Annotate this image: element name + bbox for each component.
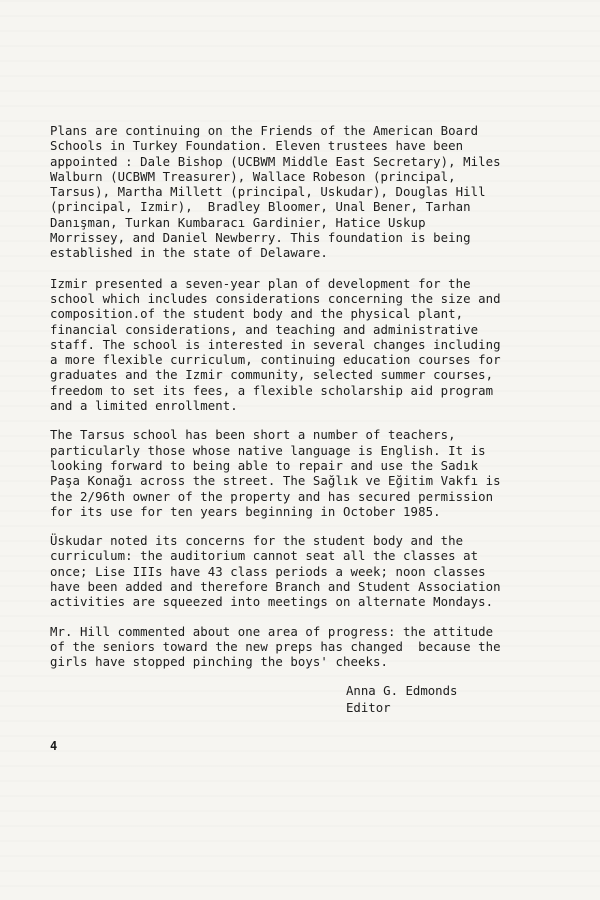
paragraph-izmir: Izmir presented a seven-year plan of dev… xyxy=(50,277,590,415)
text-line: a more flexible curriculum, continuing e… xyxy=(50,353,590,368)
text-line: once; Lise IIIs have 43 class periods a … xyxy=(50,565,590,580)
text-line: activities are squeezed into meetings on… xyxy=(50,595,590,610)
text-line: curriculum: the auditorium cannot seat a… xyxy=(50,549,590,564)
text-line: Walburn (UCBWM Treasurer), Wallace Robes… xyxy=(50,170,590,185)
text-line: Danışman, Turkan Kumbaracı Gardinier, Ha… xyxy=(50,216,590,231)
paragraph-mr-hill: Mr. Hill commented about one area of pro… xyxy=(50,625,590,671)
text-line: financial considerations, and teaching a… xyxy=(50,323,590,338)
text-line: appointed : Dale Bishop (UCBWM Middle Ea… xyxy=(50,155,590,170)
text-line: for its use for ten years beginning in O… xyxy=(50,505,590,520)
signature-block: Anna G. Edmonds Editor xyxy=(346,683,457,717)
text-line: Üskudar noted its concerns for the stude… xyxy=(50,534,590,549)
text-line: of the seniors toward the new preps has … xyxy=(50,640,590,655)
paragraph-tarsus: The Tarsus school has been short a numbe… xyxy=(50,428,590,520)
paragraph-foundation: Plans are continuing on the Friends of t… xyxy=(50,124,590,262)
text-line: The Tarsus school has been short a numbe… xyxy=(50,428,590,443)
paragraph-uskudar: Üskudar noted its concerns for the stude… xyxy=(50,534,590,610)
text-line: graduates and the Izmir community, selec… xyxy=(50,368,590,383)
text-line: have been added and therefore Branch and… xyxy=(50,580,590,595)
text-line: the 2/96th owner of the property and has… xyxy=(50,490,590,505)
signature-name: Anna G. Edmonds xyxy=(346,684,457,698)
page-number: 4 xyxy=(50,739,57,753)
text-line: established in the state of Delaware. xyxy=(50,246,590,261)
text-line: Tarsus), Martha Millett (principal, Usku… xyxy=(50,185,590,200)
text-line: particularly those whose native language… xyxy=(50,444,590,459)
text-line: freedom to set its fees, a flexible scho… xyxy=(50,384,590,399)
text-line: looking forward to being able to repair … xyxy=(50,459,590,474)
text-line: staff. The school is interested in sever… xyxy=(50,338,590,353)
signature-title: Editor xyxy=(346,701,391,715)
text-line: and a limited enrollment. xyxy=(50,399,590,414)
text-line: composition.of the student body and the … xyxy=(50,307,590,322)
text-line: Izmir presented a seven-year plan of dev… xyxy=(50,277,590,292)
text-line: Paşa Konağı across the street. The Sağlı… xyxy=(50,474,590,489)
document-body: Plans are continuing on the Friends of t… xyxy=(50,124,590,685)
text-line: girls have stopped pinching the boys' ch… xyxy=(50,655,590,670)
text-line: (principal, Izmir), Bradley Bloomer, Una… xyxy=(50,200,590,215)
text-line: Morrissey, and Daniel Newberry. This fou… xyxy=(50,231,590,246)
text-line: Mr. Hill commented about one area of pro… xyxy=(50,625,590,640)
text-line: Schools in Turkey Foundation. Eleven tru… xyxy=(50,139,590,154)
text-line: school which includes considerations con… xyxy=(50,292,590,307)
text-line: Plans are continuing on the Friends of t… xyxy=(50,124,590,139)
